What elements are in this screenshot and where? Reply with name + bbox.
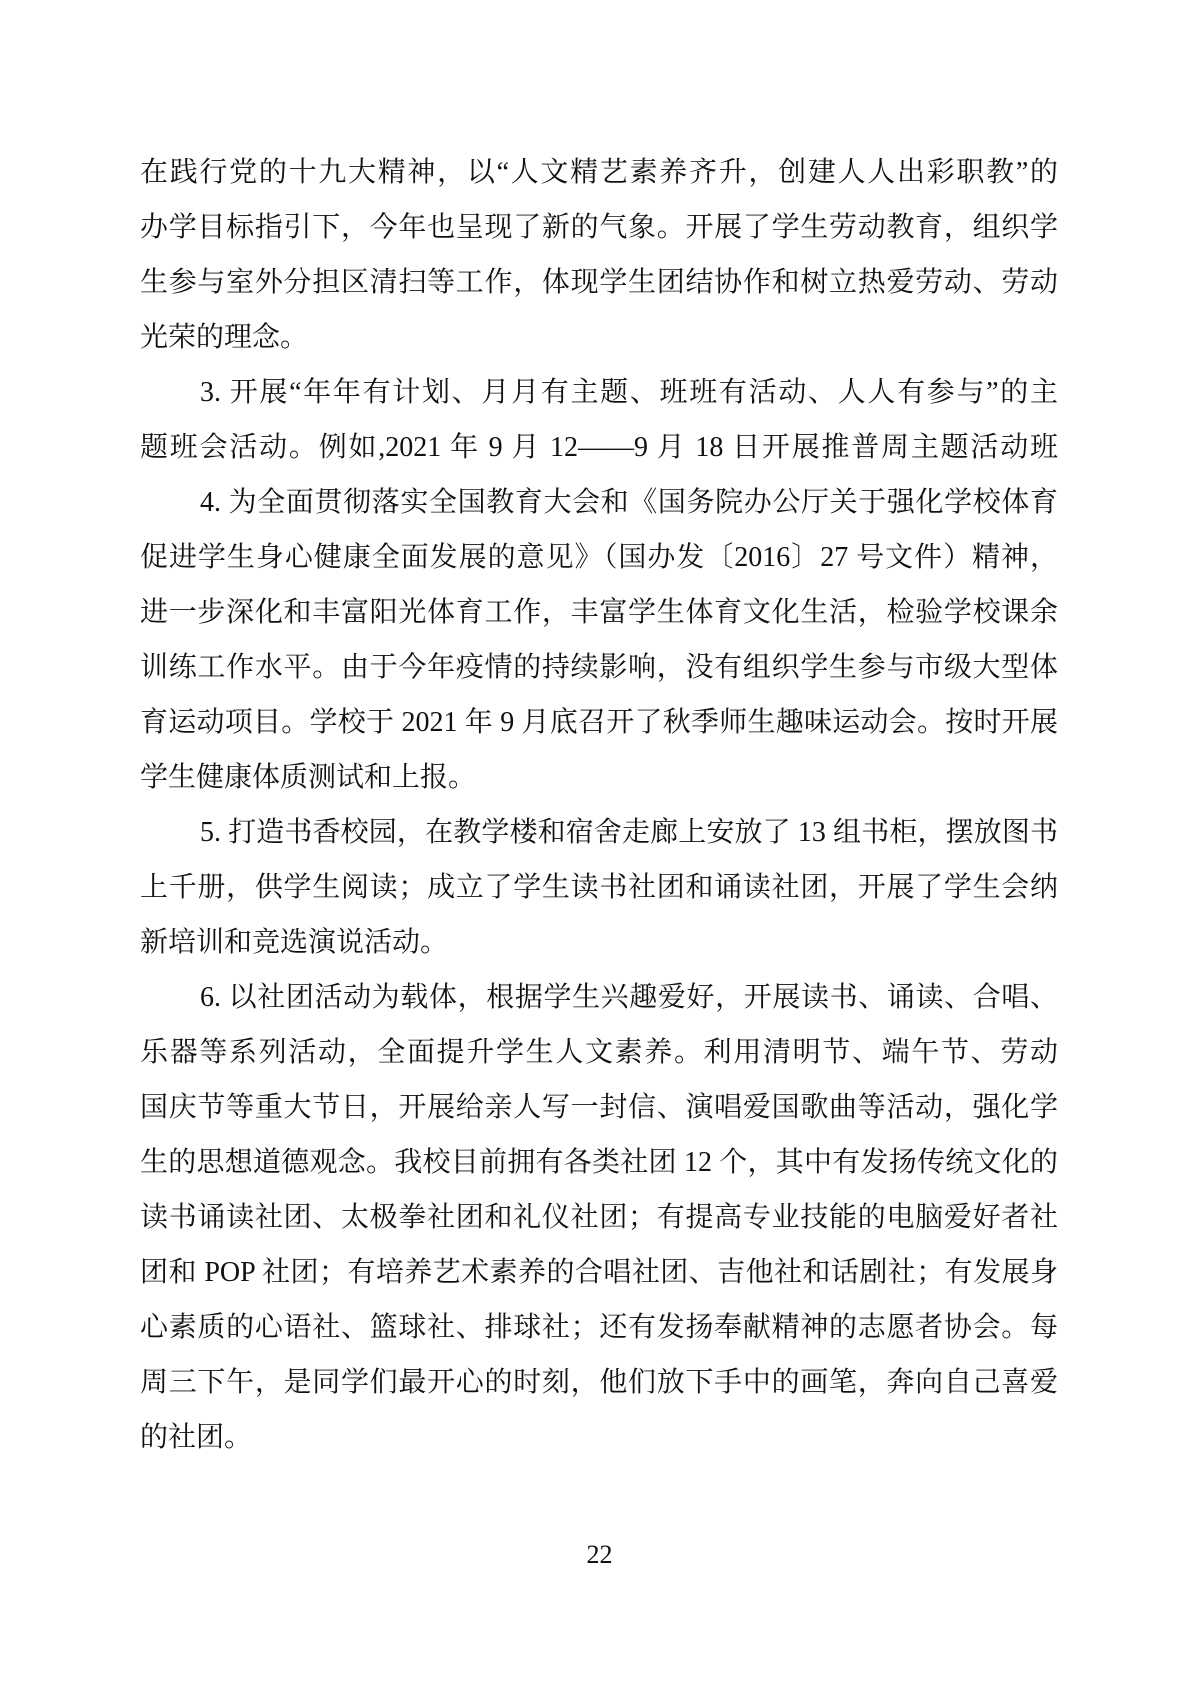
document-page: 在践行党的十九大精神，以“人文精艺素养齐升，创建人人出彩职教”的办学目标指引下，… (0, 0, 1199, 1696)
text-line: 生的思想道德观念。我校目前拥有各类社团 12 个，其中有发扬传统文化的 (140, 1135, 1058, 1190)
text-line: 训练工作水平。由于今年疫情的持续影响，没有组织学生参与市级大型体 (140, 640, 1058, 695)
text-line: 4. 为全面贯彻落实全国教育大会和《国务院办公厅关于强化学校体育 (140, 475, 1058, 530)
text-line: 周三下午，是同学们最开心的时刻，他们放下手中的画笔，奔向自己喜爱 (140, 1355, 1058, 1410)
text-line: 乐器等系列活动，全面提升学生人文素养。利用清明节、端午节、劳动节、 (140, 1025, 1058, 1080)
text-line: 进一步深化和丰富阳光体育工作，丰富学生体育文化生活，检验学校课余 (140, 585, 1058, 640)
text-line: 育运动项目。学校于 2021 年 9 月底召开了秋季师生趣味运动会。按时开展 (140, 695, 1058, 750)
text-line: 光荣的理念。 (140, 310, 1058, 365)
document-body: 在践行党的十九大精神，以“人文精艺素养齐升，创建人人出彩职教”的办学目标指引下，… (140, 145, 1058, 1465)
page-number: 22 (0, 1540, 1199, 1570)
text-line: 的社团。 (140, 1410, 1058, 1465)
text-line: 团和 POP 社团；有培养艺术素养的合唱社团、吉他社和话剧社；有发展身 (140, 1245, 1058, 1300)
text-line: 心素质的心语社、篮球社、排球社；还有发扬奉献精神的志愿者协会。每 (140, 1300, 1058, 1355)
text-line: 3. 开展“年年有计划、月月有主题、班班有活动、人人有参与”的主 (140, 365, 1058, 420)
text-line: 办学目标指引下，今年也呈现了新的气象。开展了学生劳动教育，组织学 (140, 200, 1058, 255)
text-line: 在践行党的十九大精神，以“人文精艺素养齐升，创建人人出彩职教”的 (140, 145, 1058, 200)
text-line: 题班会活动。例如,2021 年 9 月 12——9 月 18 日开展推普周主题活… (140, 420, 1058, 475)
text-line: 读书诵读社团、太极拳社团和礼仪社团；有提高专业技能的电脑爱好者社 (140, 1190, 1058, 1245)
text-line: 促进学生身心健康全面发展的意见》（国办发〔2016〕27 号文件）精神， (140, 530, 1058, 585)
text-line: 5. 打造书香校园，在教学楼和宿舍走廊上安放了 13 组书柜，摆放图书 (140, 805, 1058, 860)
text-line: 学生健康体质测试和上报。 (140, 750, 1058, 805)
text-line: 6. 以社团活动为载体，根据学生兴趣爱好，开展读书、诵读、合唱、 (140, 970, 1058, 1025)
text-line: 上千册，供学生阅读；成立了学生读书社团和诵读社团，开展了学生会纳 (140, 860, 1058, 915)
text-line: 生参与室外分担区清扫等工作，体现学生团结协作和树立热爱劳动、劳动 (140, 255, 1058, 310)
text-line: 国庆节等重大节日，开展给亲人写一封信、演唱爱国歌曲等活动，强化学 (140, 1080, 1058, 1135)
text-line: 新培训和竞选演说活动。 (140, 915, 1058, 970)
